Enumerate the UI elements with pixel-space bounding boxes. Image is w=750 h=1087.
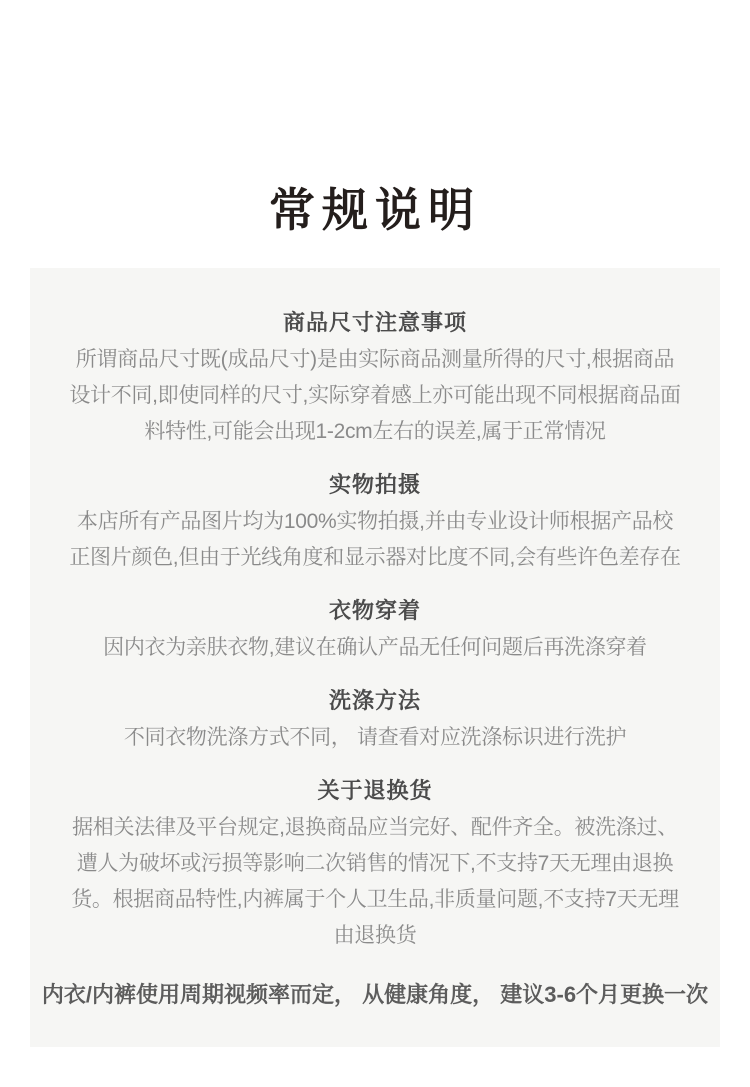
section-size-notes: 商品尺寸注意事项 所谓商品尺寸既(成品尺寸)是由实际商品测量所得的尺寸,根据商品… xyxy=(30,308,720,450)
page-title: 常规说明 xyxy=(0,0,750,238)
section-photography: 实物拍摄 本店所有产品图片均为100%实物拍摄,并由专业设计师根据产品校正图片颜… xyxy=(30,470,720,576)
section-washing: 洗涤方法 不同衣物洗涤方式不同， 请查看对应洗涤标识进行洗护 xyxy=(30,686,720,756)
replacement-cycle-note: 内衣/内裤使用周期视频率而定， 从健康角度， 建议3-6个月更换一次 xyxy=(30,978,720,1012)
section-washing-body: 不同衣物洗涤方式不同， 请查看对应洗涤标识进行洗护 xyxy=(69,720,681,756)
notes-panel: 商品尺寸注意事项 所谓商品尺寸既(成品尺寸)是由实际商品测量所得的尺寸,根据商品… xyxy=(30,268,720,1047)
section-photography-heading: 实物拍摄 xyxy=(30,470,720,500)
section-returns-body: 据相关法律及平台规定,退换商品应当完好、配件齐全。被洗涤过、遭人为破坏或污损等影… xyxy=(69,810,681,954)
section-returns: 关于退换货 据相关法律及平台规定,退换商品应当完好、配件齐全。被洗涤过、遭人为破… xyxy=(30,776,720,954)
section-size-notes-heading: 商品尺寸注意事项 xyxy=(30,308,720,338)
section-wearing-heading: 衣物穿着 xyxy=(30,596,720,626)
product-notes-page: 常规说明 商品尺寸注意事项 所谓商品尺寸既(成品尺寸)是由实际商品测量所得的尺寸… xyxy=(0,0,750,1087)
section-photography-body: 本店所有产品图片均为100%实物拍摄,并由专业设计师根据产品校正图片颜色,但由于… xyxy=(69,504,681,576)
section-returns-heading: 关于退换货 xyxy=(30,776,720,806)
section-wearing: 衣物穿着 因内衣为亲肤衣物,建议在确认产品无任何问题后再洗涤穿着 xyxy=(30,596,720,666)
section-washing-heading: 洗涤方法 xyxy=(30,686,720,716)
section-size-notes-body: 所谓商品尺寸既(成品尺寸)是由实际商品测量所得的尺寸,根据商品设计不同,即使同样… xyxy=(69,342,681,450)
section-wearing-body: 因内衣为亲肤衣物,建议在确认产品无任何问题后再洗涤穿着 xyxy=(69,630,681,666)
